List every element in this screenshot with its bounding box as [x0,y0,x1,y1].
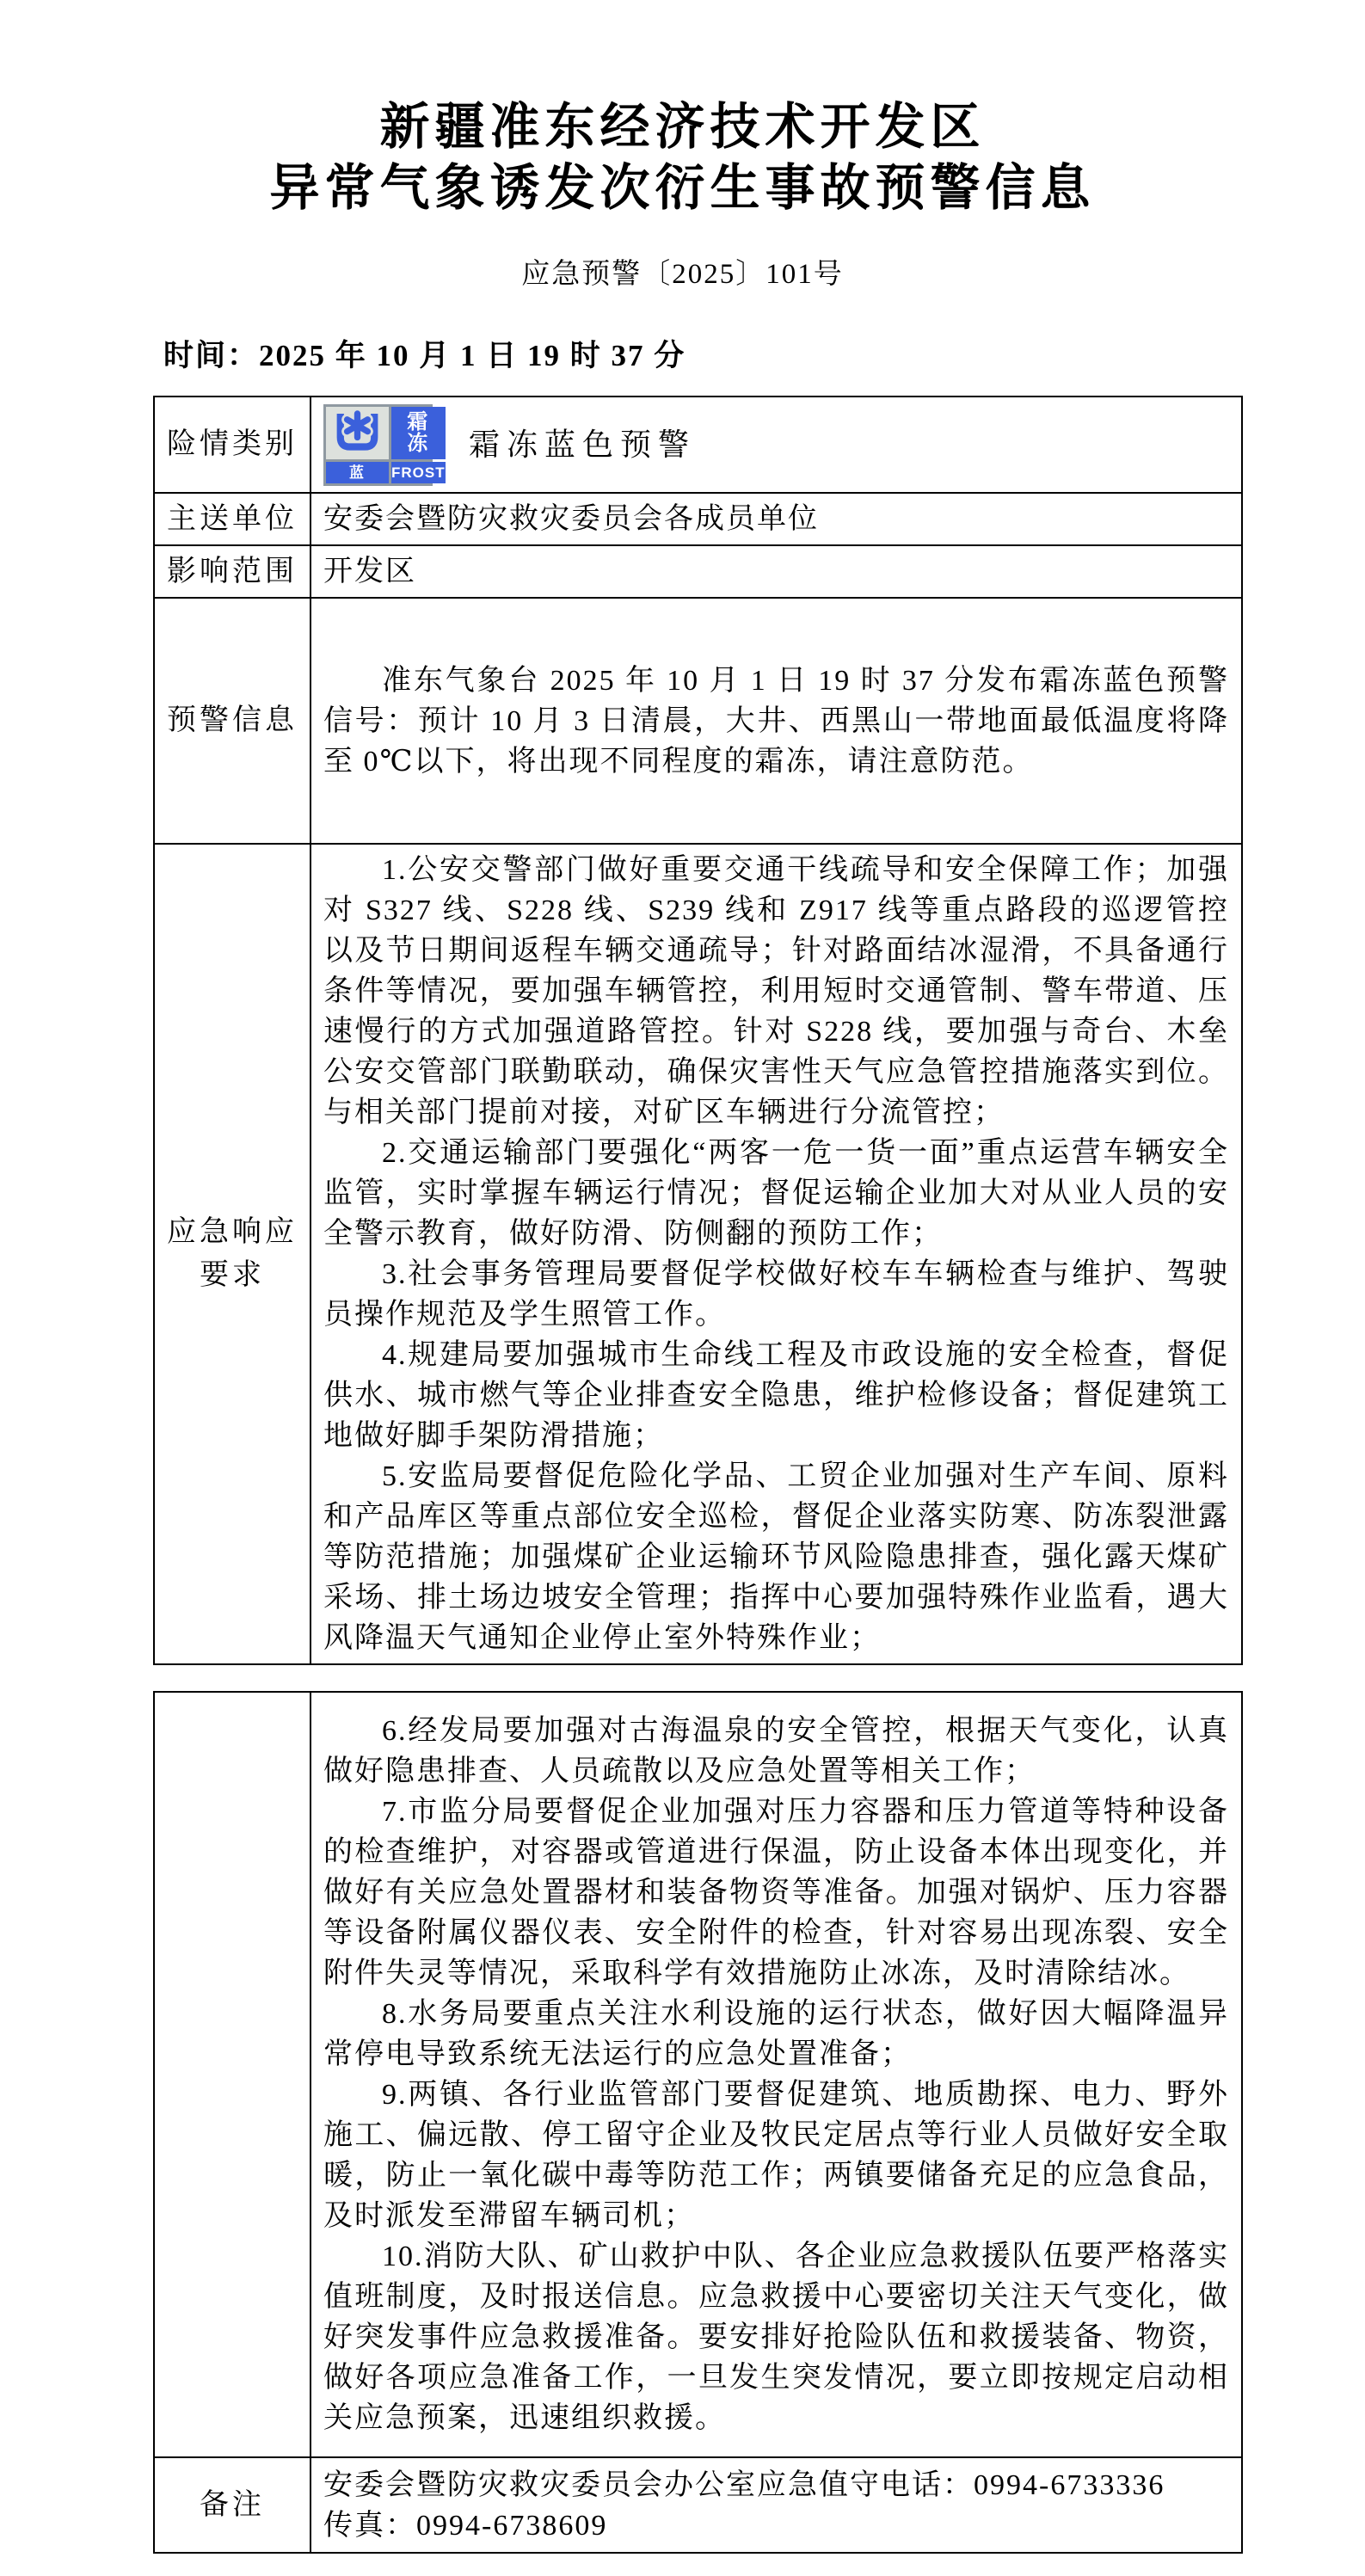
response-item-5: 5.安监局要督促危险化学品、工贸企业加强对生产车间、原料和产品库区等重点部位安全… [323,1456,1229,1658]
response-item-1: 1.公安交警部门做好重要交通干线疏导和安全保障工作；加强对 S327 线、S22… [323,850,1229,1133]
response-item-2: 2.交通运输部门要强化“两客一危一货一面”重点运营车辆安全监管，实时掌握车辆运行… [323,1133,1229,1254]
table-row: 应急响应要求 1.公安交警部门做好重要交通干线疏导和安全保障工作；加强对 S32… [154,844,1242,1664]
frost-symbol-icon [326,407,389,459]
page-break-gap [0,1665,1365,1691]
response-item-9: 9.两镇、各行业监管部门要督促建筑、地质勘探、电力、野外施工、偏远散、停工留守企… [323,2075,1229,2236]
response-item-4: 4.规建局要加强城市生命线工程及市政设施的安全检查，督促供水、城市燃气等企业排查… [323,1335,1229,1456]
table-row: 主送单位 安委会暨防灾救灾委员会各成员单位 [154,493,1242,545]
response-items-6-10: 6.经发局要加强对古海温泉的安全管控，根据天气变化，认真做好隐患排查、人员疏散以… [311,1692,1242,2457]
response-label: 应急响应要求 [154,844,311,1664]
risk-type-label: 险情类别 [154,397,311,493]
response-item-7: 7.市监分局要督促企业加强对压力容器和压力管道等特种设备的检查维护，对容器或管道… [323,1792,1229,1994]
issue-time: 时间：2025 年 10 月 1 日 19 时 37 分 [163,332,1365,375]
document-title: 新疆准东经济技术开发区 异常气象诱发次衍生事故预警信息 [0,96,1365,218]
table-row: 备注 安委会暨防灾救灾委员会办公室应急值守电话：0994-6733336 传真：… [154,2457,1242,2553]
warning-info-label: 预警信息 [154,598,311,844]
frost-blue-warning-icon: 霜 冻 蓝 FROST [323,404,433,486]
warning-info-value: 准东气象台 2025 年 10 月 1 日 19 时 37 分发布霜冻蓝色预警信… [311,598,1242,844]
warning-document: 新疆准东经济技术开发区 异常气象诱发次衍生事故预警信息 应急预警〔2025〕10… [0,0,1365,2554]
frost-english-label: FROST [391,462,446,483]
warning-table-page1: 险情类别 [153,396,1243,1665]
response-item-3: 3.社会事务管理局要督促学校做好校车车辆检查与维护、驾驶员操作规范及学生照管工作… [323,1254,1229,1335]
frost-chinese-label: 霜 冻 [391,407,446,459]
notes-fax-line: 传真：0994-6738609 [323,2505,1229,2546]
warning-table-page2: 6.经发局要加强对古海温泉的安全管控，根据天气变化，认真做好隐患排查、人员疏散以… [153,1691,1243,2554]
scope-value: 开发区 [311,545,1242,598]
response-items-1-5: 1.公安交警部门做好重要交通干线疏导和安全保障工作；加强对 S327 线、S22… [311,844,1242,1664]
table-row: 险情类别 [154,397,1242,493]
frost-char-bottom: 冻 [407,433,429,454]
scope-label: 影响范围 [154,545,311,598]
notes-label: 备注 [154,2457,311,2553]
response-label-continued [154,1692,311,2457]
response-item-10: 10.消防大队、矿山救护中队、各企业应急救援队伍要严格落实值班制度，及时报送信息… [323,2236,1229,2438]
response-item-8: 8.水务局要重点关注水利设施的运行状态，做好因大幅降温异常停电导致系统无法运行的… [323,1994,1229,2075]
recipients-label: 主送单位 [154,493,311,545]
notes-value: 安委会暨防灾救灾委员会办公室应急值守电话：0994-6733336 传真：099… [311,2457,1242,2553]
title-line-1: 新疆准东经济技术开发区 [0,96,1365,157]
response-item-6: 6.经发局要加强对古海温泉的安全管控，根据天气变化，认真做好隐患排查、人员疏散以… [323,1711,1229,1792]
frost-char-top: 霜 [407,411,429,433]
table-row: 影响范围 开发区 [154,545,1242,598]
title-line-2: 异常气象诱发次衍生事故预警信息 [0,157,1365,218]
table-row: 6.经发局要加强对古海温泉的安全管控，根据天气变化，认真做好隐患排查、人员疏散以… [154,1692,1242,2457]
table-row: 预警信息 准东气象台 2025 年 10 月 1 日 19 时 37 分发布霜冻… [154,598,1242,844]
risk-type-value-cell: 霜 冻 蓝 FROST 霜冻蓝色预警 [311,397,1242,493]
document-number: 应急预警〔2025〕101号 [0,251,1365,292]
blue-level-badge: 蓝 [326,462,389,483]
notes-phone-line: 安委会暨防灾救灾委员会办公室应急值守电话：0994-6733336 [323,2465,1229,2505]
risk-type-value: 霜冻蓝色预警 [469,425,696,465]
warning-info-text: 准东气象台 2025 年 10 月 1 日 19 时 37 分发布霜冻蓝色预警信… [323,661,1229,782]
recipients-value: 安委会暨防灾救灾委员会各成员单位 [311,493,1242,545]
